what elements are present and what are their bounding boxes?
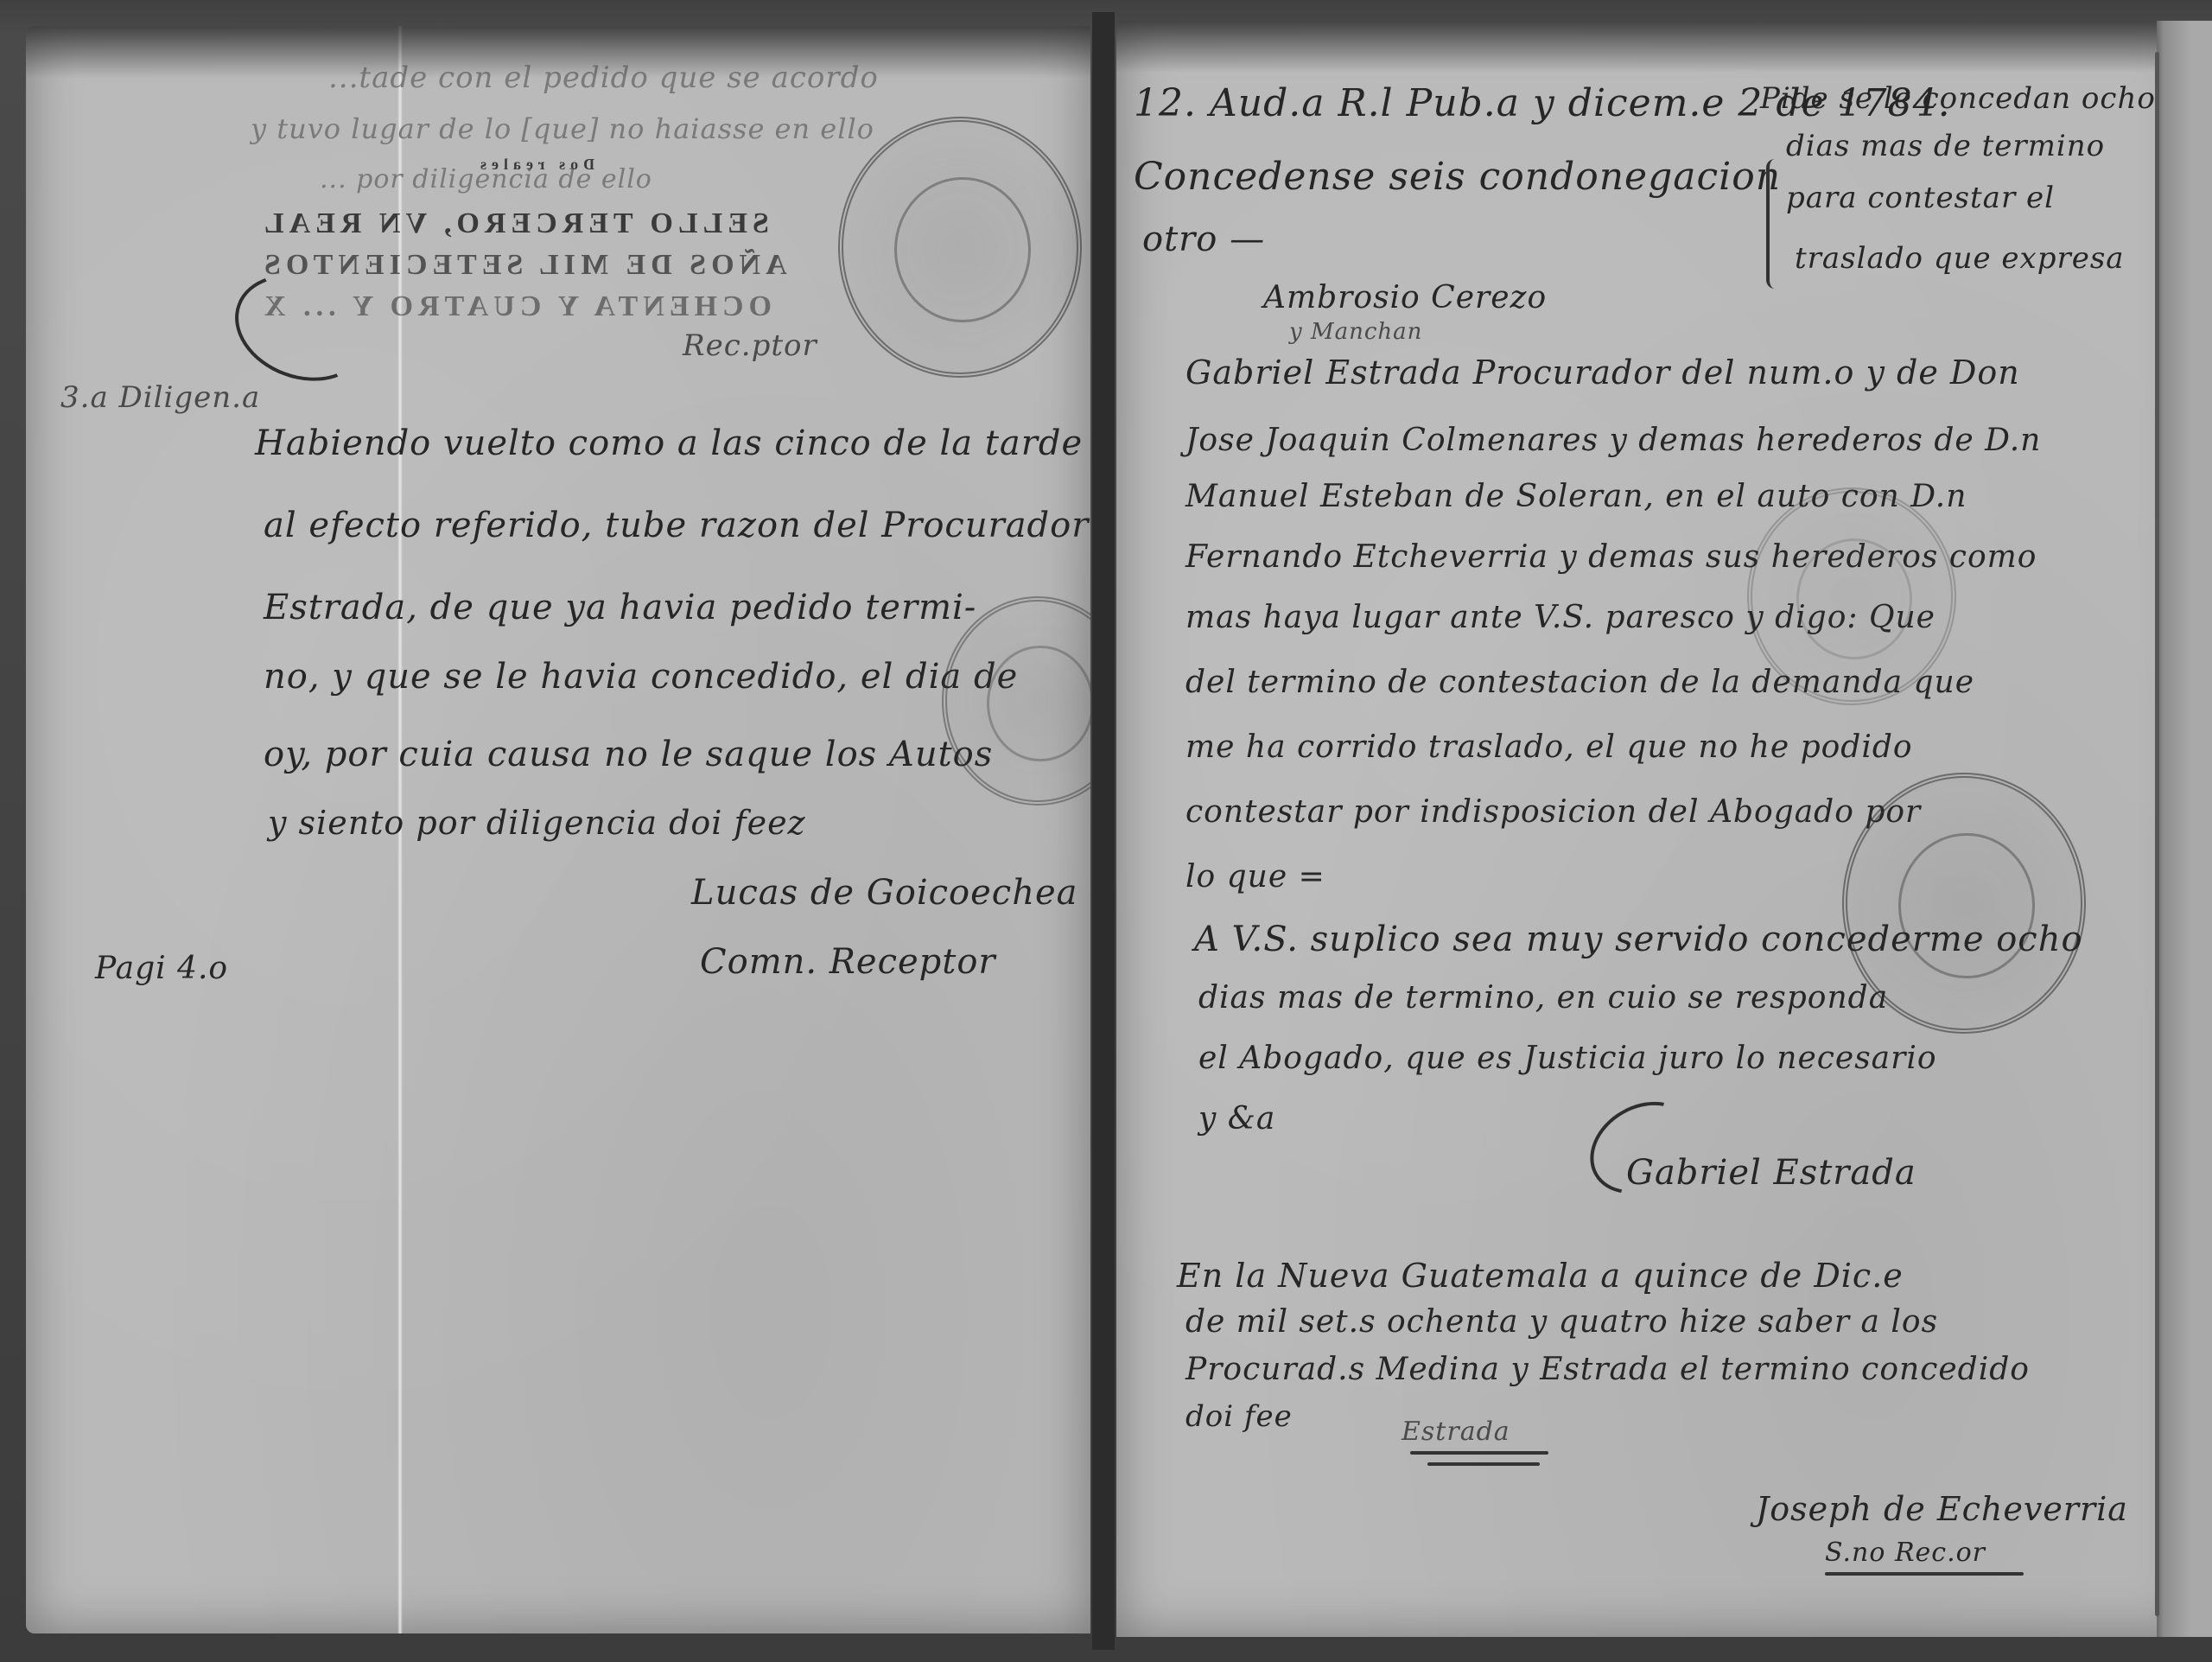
stamp-value-label: Dos reales [475,156,594,174]
faint-seal [1747,487,1956,705]
diligence-line: doi fee [1185,1399,1293,1434]
diligence-line: de mil set.s ochenta y quatro hize saber… [1185,1304,1938,1340]
book-spine [1092,12,1115,1650]
body-line: me ha corrido traslado, el que no he pod… [1185,729,1913,765]
petition-line: A V.S. suplico sea muy servido concederm… [1194,920,2083,959]
signature-underline [1825,1572,2024,1576]
left-page: ...tade con el pedido que se acordo y tu… [26,26,1090,1633]
heading-right-line: dias mas de termino [1786,129,2105,163]
faint-top-line: ...tade con el pedido que se acordo [328,60,879,95]
bracket [1766,159,1778,289]
signature-stroke [1410,1451,1548,1455]
diligence-line: Procurad.s Medina y Estrada el termino c… [1185,1352,2030,1387]
petition-line: dias mas de termino, en cuio se responda [1198,980,1888,1016]
signature-name: Lucas de Goicoechea [691,873,1077,913]
page-border-line [2155,52,2159,1616]
recipient-line: Rec.ptor [683,328,817,363]
marginal-fee: Pagi 4.o [95,951,228,986]
body-line: lo que = [1185,859,1325,895]
body-line: Estrada, de que ya havia pedido termi- [264,588,976,627]
official-seal [838,117,1082,378]
body-line: oy, por cuia causa no le saque los Autos [264,735,993,774]
body-line: y siento por diligencia doi feez [268,804,806,842]
signature-flourish [1573,1084,1712,1213]
signature-stroke [1427,1462,1540,1466]
notary-signature-name: Joseph de Echeverria [1756,1490,2128,1528]
stamped-paper-line: AÑOS DE MIL SETECIENTOS [259,249,787,282]
body-line: no, y que se le havia concedido, el dia … [264,657,1018,697]
initial-signature-name: Ambrosio Cerezo [1263,280,1547,315]
diligence-line: En la Nueva Guatemala a quince de Dic.e [1177,1257,1904,1295]
heading-right-line: Pide se le concedan ocho [1760,81,2156,116]
heading-right-line: traslado que expresa [1795,241,2125,276]
next-page-edge [2157,21,2212,1637]
petition-line: el Abogado, que es Justicia juro lo nece… [1198,1041,1937,1076]
petition-line: y &a [1198,1101,1275,1137]
notary-signature-title: S.no Rec.or [1825,1538,1986,1568]
diligence-witness: Estrada [1402,1417,1510,1447]
heading-right-line: para contestar el [1786,181,2055,215]
stamped-paper-line: SELLO TERCERO, VN REAL [259,207,769,240]
body-line: Jose Joaquin Colmenares y demas heredero… [1185,423,2041,458]
body-line: al efecto referido, tube razon del Procu… [264,506,1089,545]
faint-top-line: y tuvo lugar de lo [que] no haiasse en e… [251,112,874,145]
body-line: contestar por indisposicion del Abogado … [1185,794,1921,830]
body-line: Gabriel Estrada Procurador del num.o y d… [1185,353,2020,392]
margin-note: 3.a Diligen.a [60,380,260,415]
body-line: Habiendo vuelto como a las cinco de la t… [255,423,1083,463]
heading-line: otro — [1142,220,1265,259]
signature-title: Comn. Receptor [700,942,996,982]
initial-signature-second-line: y Manchan [1289,319,1422,345]
heading-line: Concedense seis condonegacion [1134,155,1781,199]
right-page: 12. Aud.a R.l Pub.a y dicem.e 2 de 1784.… [1116,21,2195,1637]
